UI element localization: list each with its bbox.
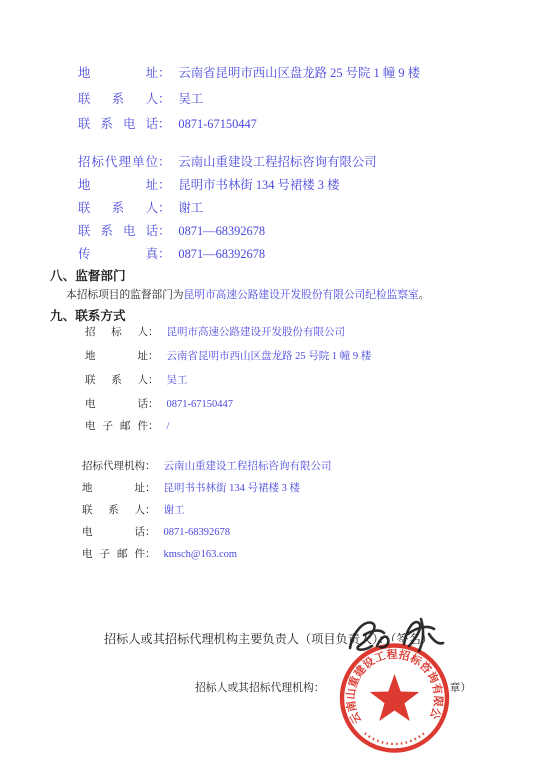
field-value: 0871—68392678 (178, 247, 265, 261)
field-label: 电子邮件 (82, 548, 145, 561)
field-label: 联系人 (78, 92, 158, 108)
contact-line: 联系电话：0871-67150447 (78, 117, 257, 133)
field-label: 联系人 (85, 374, 148, 387)
field-value: / (167, 421, 170, 432)
colon: ： (148, 327, 159, 338)
field-label: 电话 (85, 398, 148, 411)
contact-line: 地址：昆明市书林街 134 号裙楼 3 楼 (78, 178, 339, 194)
colon: ： (148, 399, 159, 410)
section-heading-contact: 九、联系方式 (50, 305, 126, 324)
field-label: 联系人 (82, 504, 145, 517)
colon: ： (158, 178, 170, 192)
colon: ： (145, 549, 156, 560)
colon: ： (148, 421, 159, 432)
contact-line: 联系人：吴工 (85, 374, 188, 387)
field-value: 云南山重建设工程招标咨询有限公司 (178, 155, 376, 169)
colon: ： (148, 351, 159, 362)
field-value: 谢工 (178, 201, 203, 215)
supervision-paragraph: 本招标项目的监督部门为昆明市高速公路建设开发股份有限公司纪检监察室。 (66, 287, 429, 302)
colon: ： (158, 117, 170, 131)
contact-line: 联系人：吴工 (78, 92, 203, 108)
field-label: 联系电话 (78, 117, 158, 133)
field-label: 地址 (78, 66, 158, 82)
field-value: 吴工 (178, 92, 203, 106)
section-heading-supervision: 八、监督部门 (50, 265, 126, 284)
field-value: 昆明书书林街 134 号裙楼 3 楼 (164, 483, 301, 494)
handwritten-signature (320, 604, 465, 666)
supervision-department: 昆明市高速公路建设开发股份有限公司纪检监察室 (184, 289, 419, 301)
contact-line: 传真：0871—68392678 (78, 247, 265, 263)
field-label: 招标代理单位 (78, 155, 158, 171)
field-value: 0871-68392678 (164, 527, 231, 538)
field-value: 吴工 (167, 375, 188, 386)
contact-line: 地址：云南省昆明市西山区盘龙路 25 号院 1 幢 9 楼 (85, 350, 371, 363)
contact-line: 招标代理机构：云南山重建设工程招标咨询有限公司 (82, 460, 332, 473)
colon: ： (158, 247, 170, 261)
stamp-line-label: 招标人或其招标代理机构： (195, 682, 325, 694)
field-value: 云南省昆明市西山区盘龙路 25 号院 1 幢 9 楼 (167, 351, 372, 362)
field-value: 谢工 (164, 505, 185, 516)
colon: ： (148, 375, 159, 386)
field-label: 地址 (85, 350, 148, 363)
field-label: 电子邮件 (85, 420, 148, 433)
paragraph-period: 。 (419, 289, 430, 301)
field-value: 云南山重建设工程招标咨询有限公司 (164, 461, 332, 472)
field-label: 地址 (82, 482, 145, 495)
colon: ： (145, 461, 156, 472)
contact-line: 联系电话：0871—68392678 (78, 224, 265, 240)
field-label: 联系人 (78, 201, 158, 217)
contact-line: 电子邮件：/ (85, 420, 169, 433)
field-value: 0871—68392678 (178, 224, 265, 238)
field-value: 云南省昆明市西山区盘龙路 25 号院 1 幢 9 楼 (178, 66, 420, 80)
field-label: 传真 (78, 247, 158, 263)
field-label: 地址 (78, 178, 158, 194)
document-page: 地址：云南省昆明市西山区盘龙路 25 号院 1 幢 9 楼 联系人：吴工 联系电… (0, 0, 553, 782)
colon: ： (158, 201, 170, 215)
paragraph-text: 本招标项目的监督部门为 (66, 289, 184, 301)
stamp-line: 招标人或其招标代理机构： (195, 680, 325, 695)
contact-line: 招标代理单位：云南山重建设工程招标咨询有限公司 (78, 155, 377, 171)
colon: ： (158, 92, 170, 106)
colon: ： (145, 527, 156, 538)
colon: ： (145, 483, 156, 494)
field-value: 0871-67150447 (167, 399, 234, 410)
field-value: 昆明市书林街 134 号裙楼 3 楼 (178, 178, 339, 192)
contact-line: 地址：云南省昆明市西山区盘龙路 25 号院 1 幢 9 楼 (78, 66, 420, 82)
field-label: 电话 (82, 526, 145, 539)
field-label: 招标代理机构 (82, 460, 145, 473)
field-value: kmsch@163.com (164, 549, 238, 560)
field-label: 联系电话 (78, 224, 158, 240)
contact-line: 联系人：谢工 (78, 201, 203, 217)
contact-line: 地址：昆明书书林街 134 号裙楼 3 楼 (82, 482, 300, 495)
colon: ： (158, 155, 170, 169)
colon: ： (158, 66, 170, 80)
colon: ： (158, 224, 170, 238)
field-value: 昆明市高速公路建设开发股份有限公司 (167, 327, 346, 338)
colon: ： (145, 505, 156, 516)
field-value: 0871-67150447 (178, 117, 256, 131)
contact-line: 联系人：谢工 (82, 504, 185, 517)
field-label: 招标人 (85, 326, 148, 339)
contact-line: 招标人：昆明市高速公路建设开发股份有限公司 (85, 326, 345, 339)
contact-line: 电话：0871-67150447 (85, 398, 233, 411)
contact-line: 电子邮件：kmsch@163.com (82, 548, 237, 561)
contact-line: 电话：0871-68392678 (82, 526, 230, 539)
